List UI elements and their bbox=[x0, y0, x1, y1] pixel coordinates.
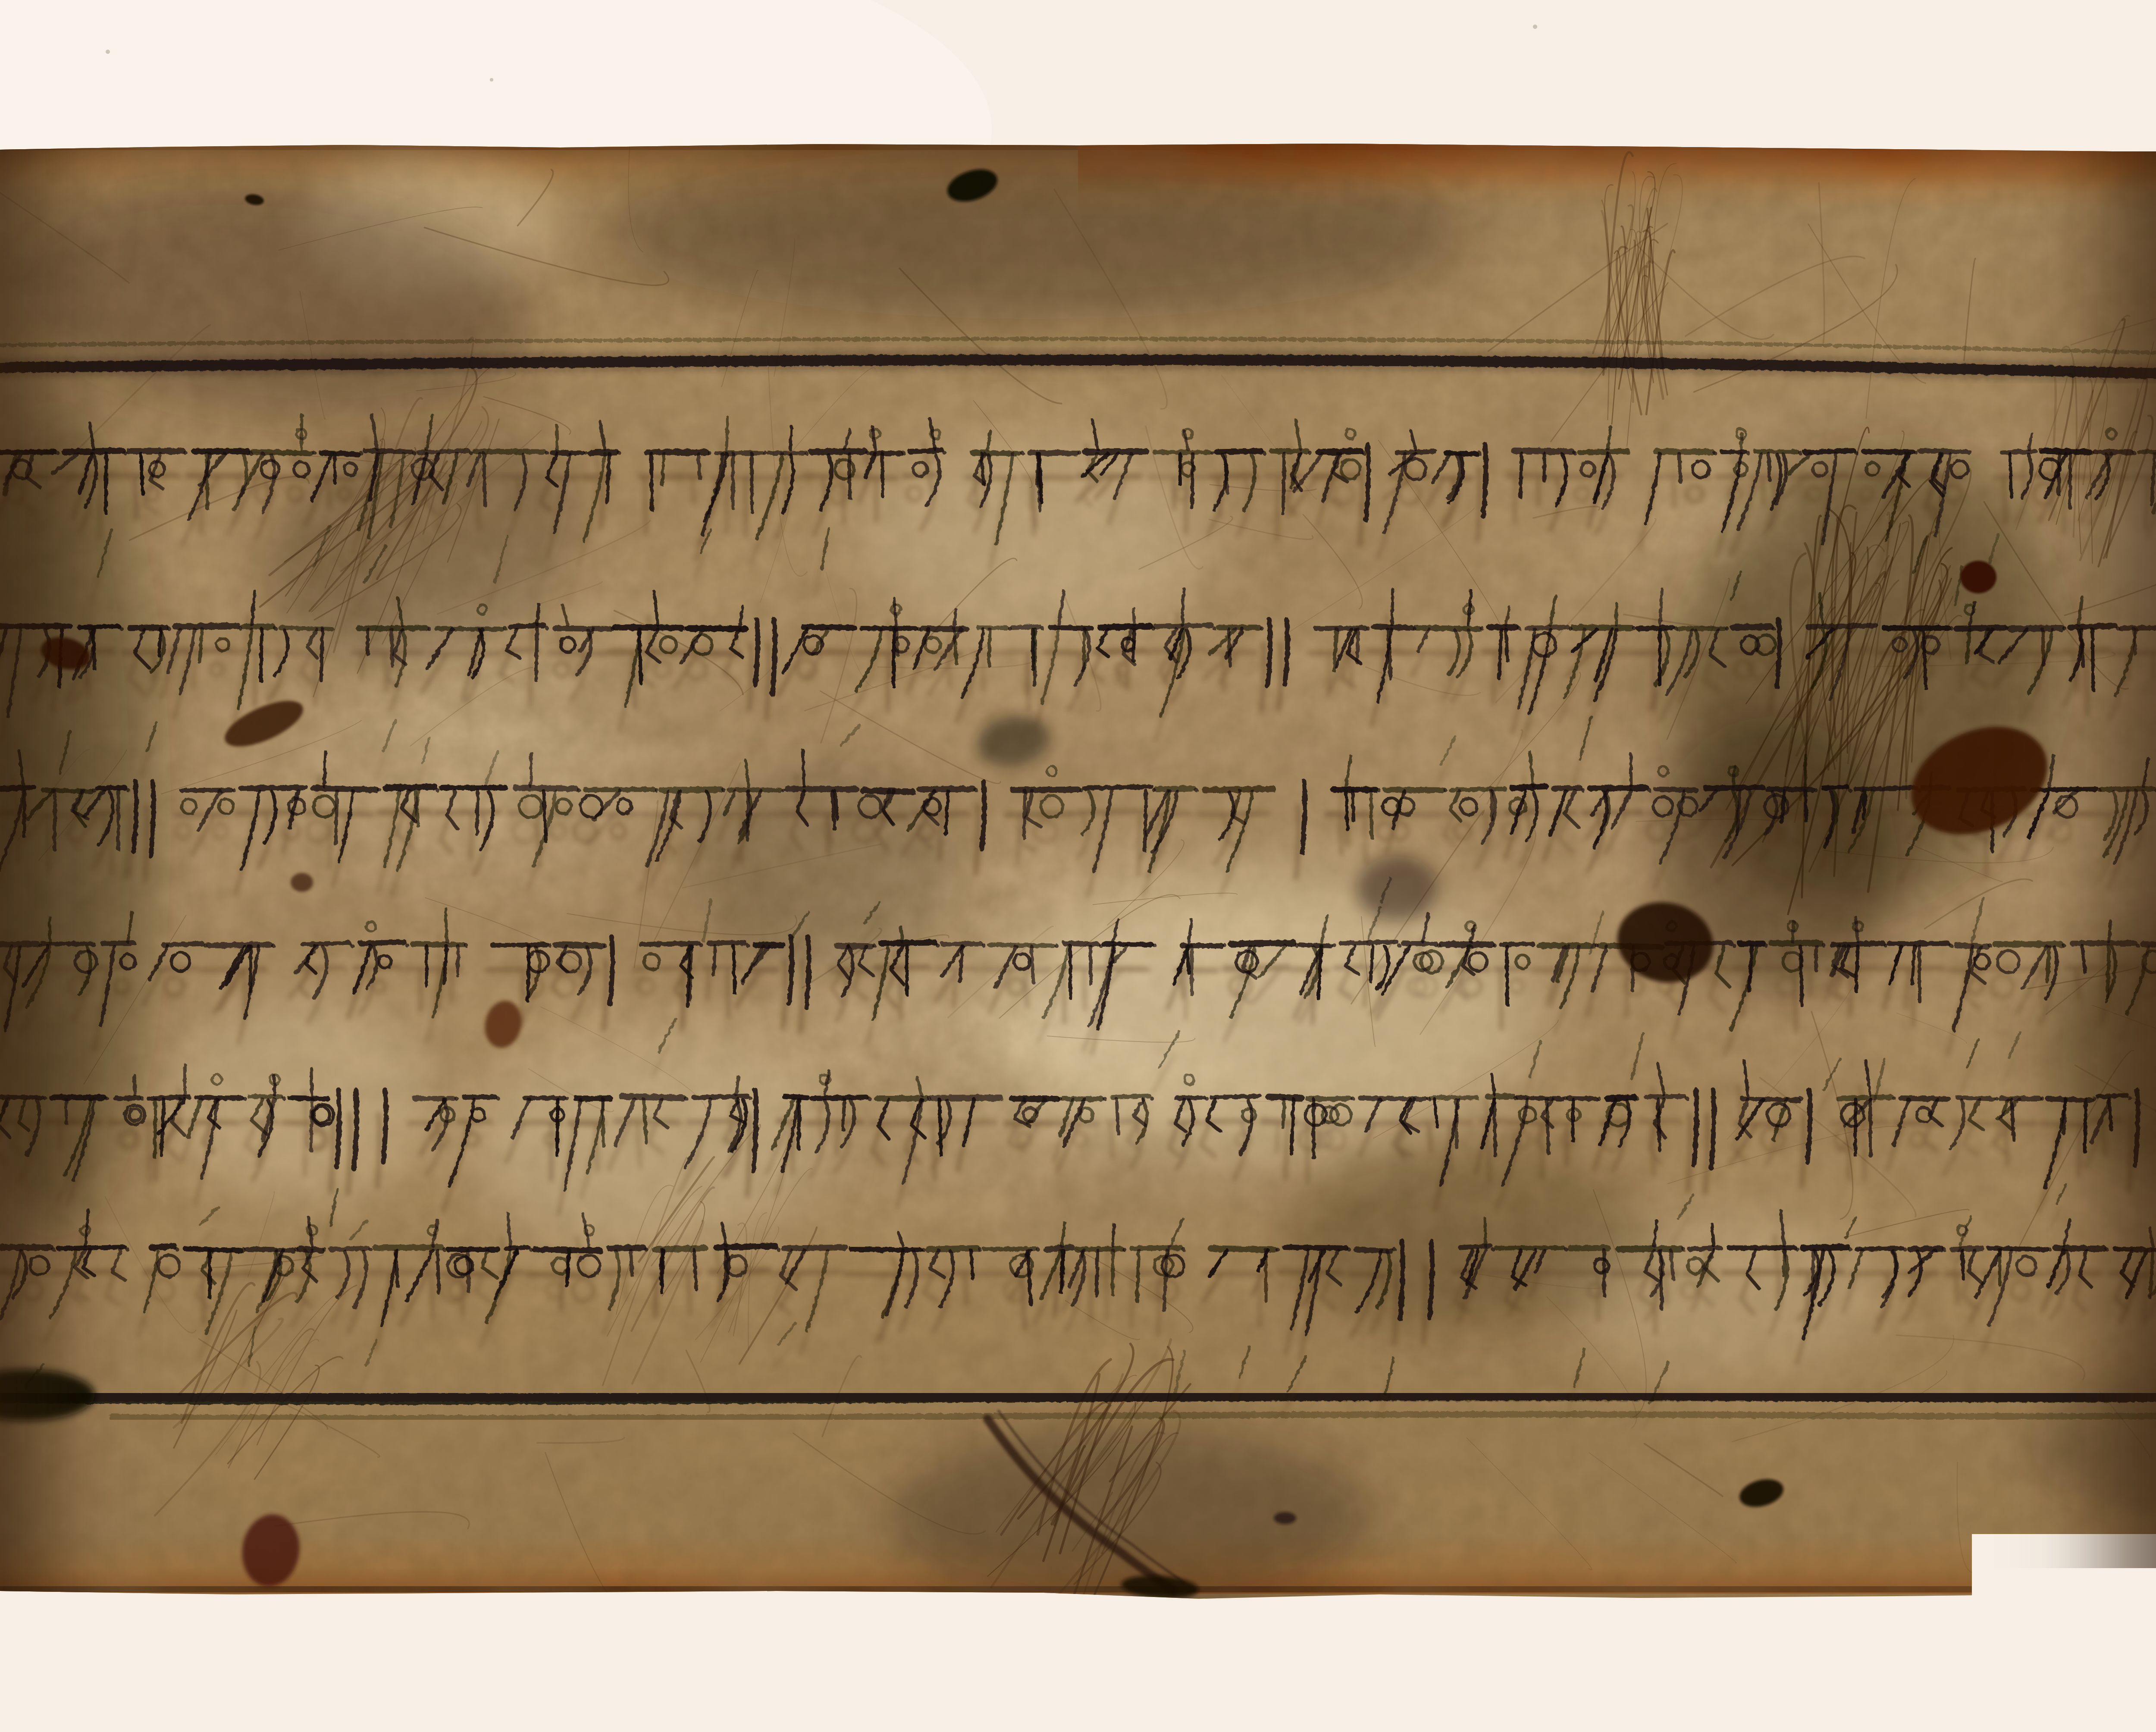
leaf-texture-and-text-layer bbox=[0, 0, 2156, 1732]
brown-dot-left bbox=[291, 873, 313, 892]
leaf-clipped-group bbox=[0, 0, 2156, 1732]
smudge-line4 bbox=[1356, 856, 1438, 921]
shadow-mass bbox=[604, 147, 1466, 319]
manuscript-photo bbox=[0, 0, 2156, 1732]
chip-bottom-center bbox=[1274, 1512, 1296, 1524]
light-patch bbox=[854, 436, 1216, 643]
light-patch bbox=[1005, 871, 1539, 1156]
round-droplet bbox=[1960, 561, 1996, 593]
